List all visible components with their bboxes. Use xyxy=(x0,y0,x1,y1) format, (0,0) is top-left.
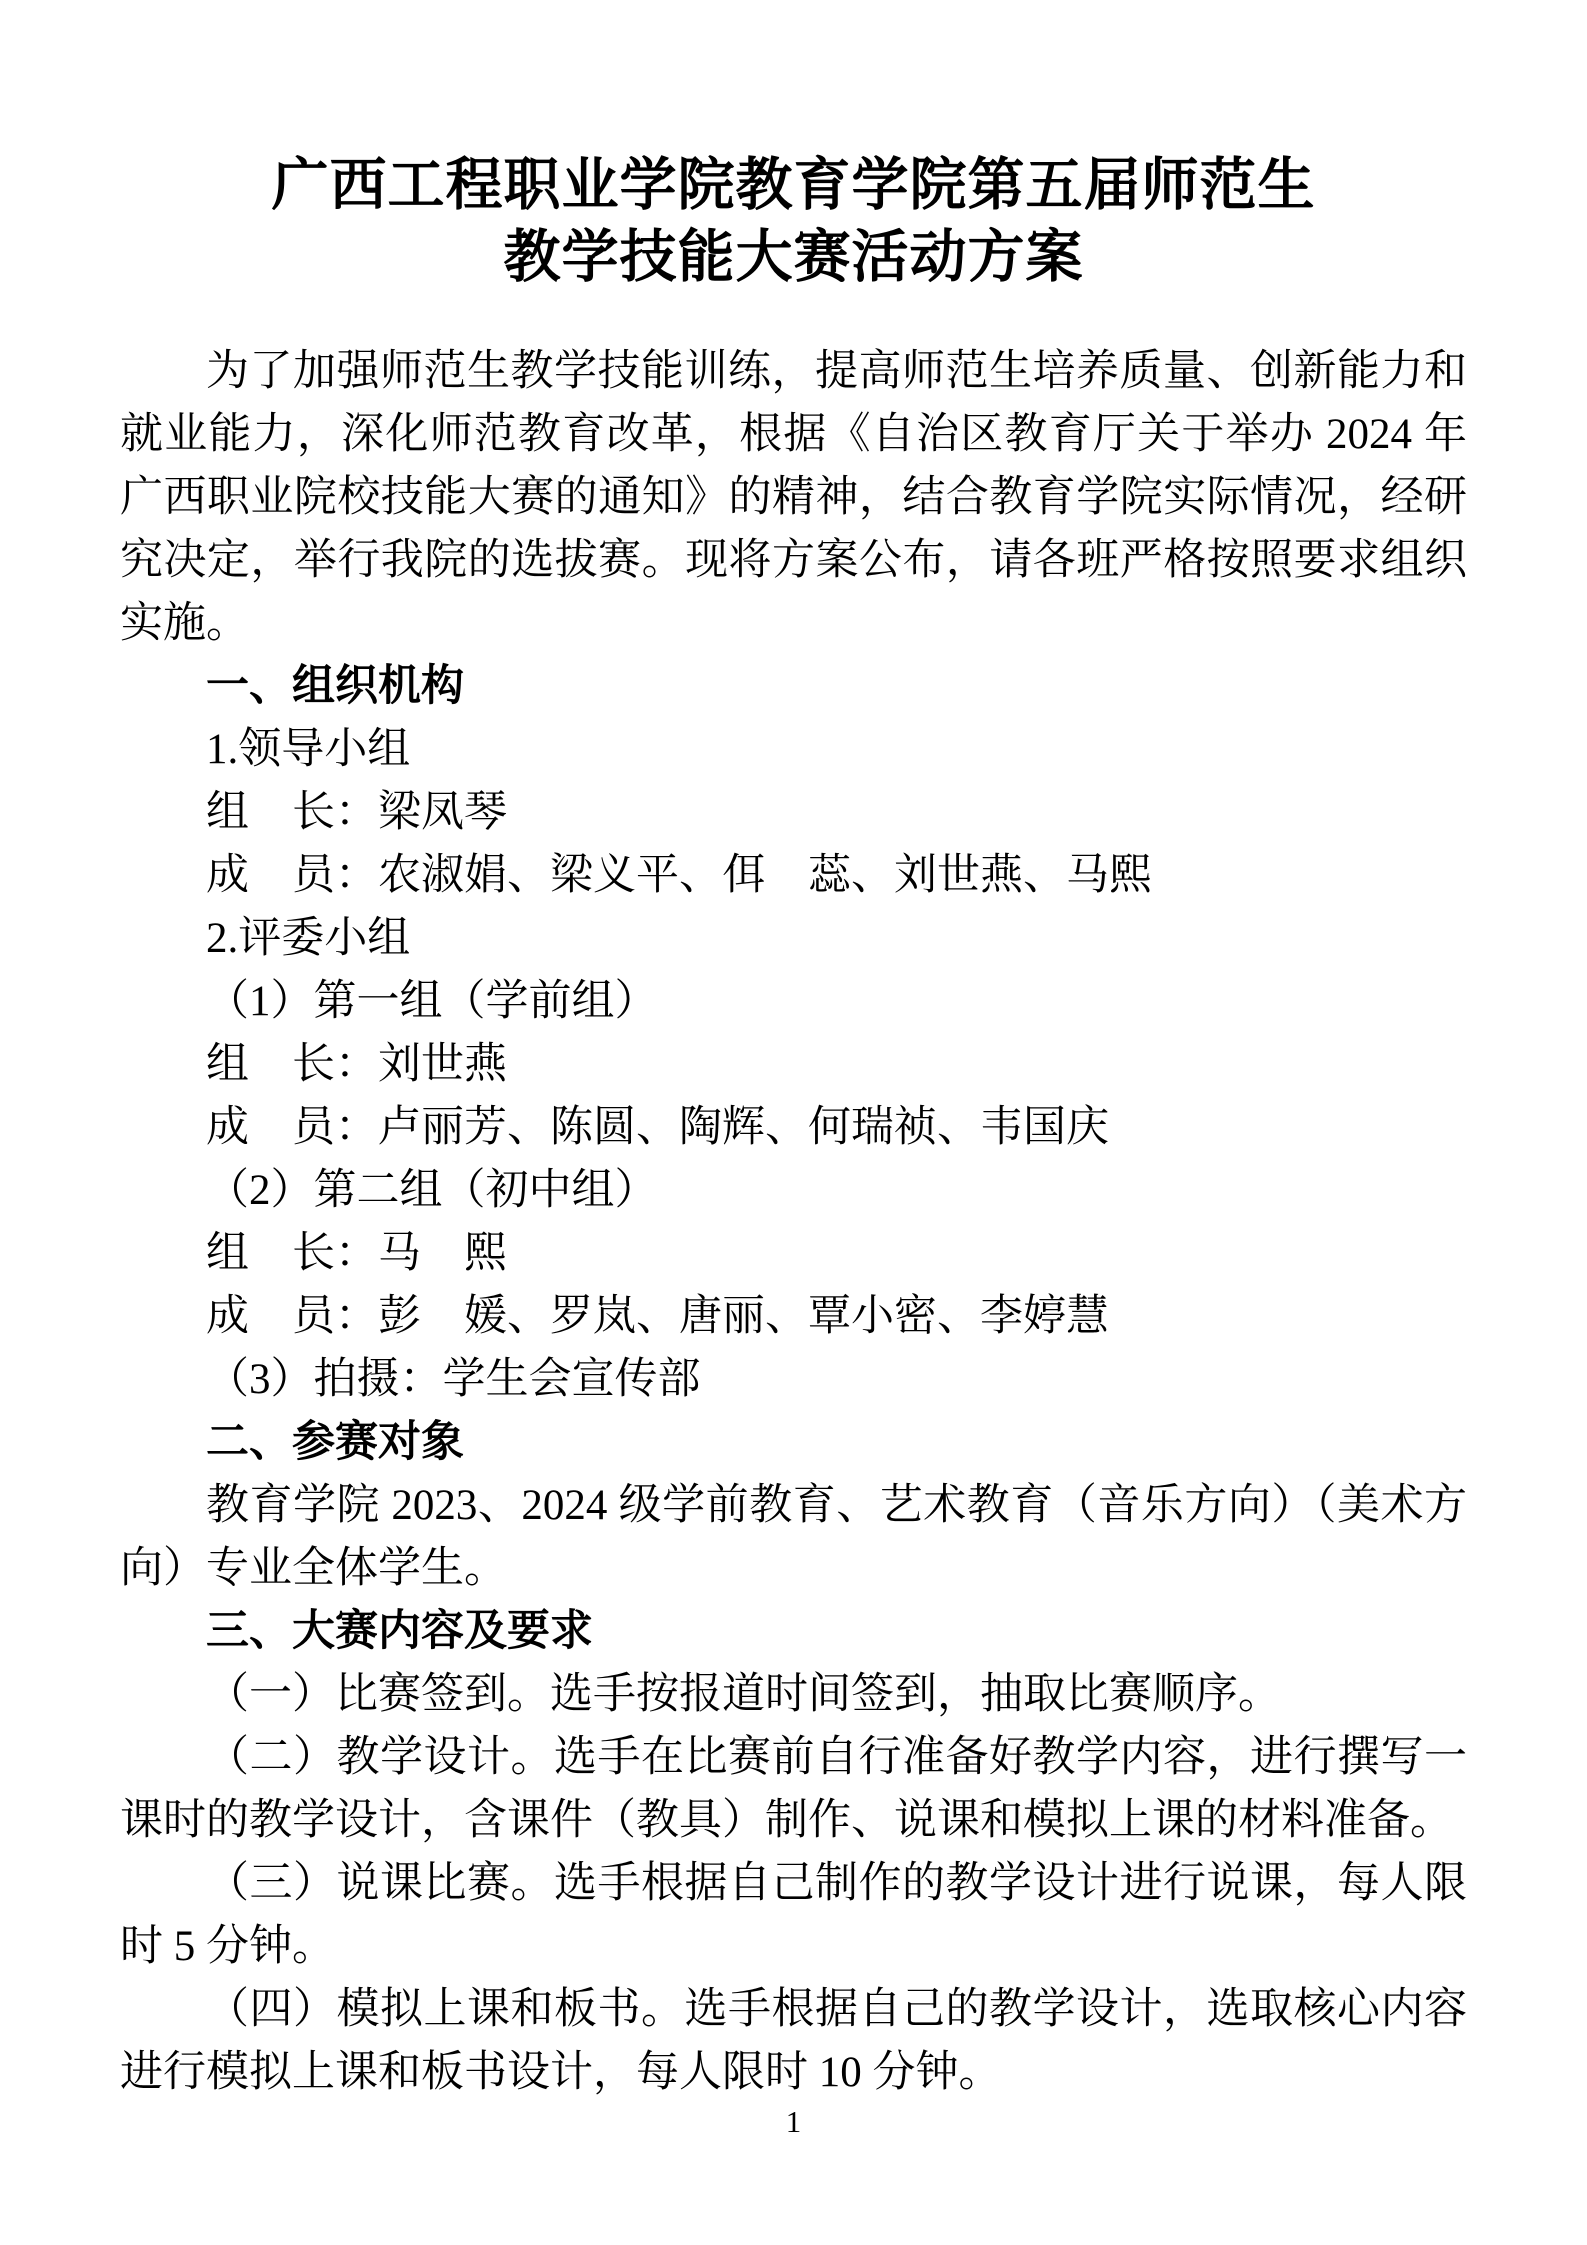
document-body: 为了加强师范生教学技能训练，提高师范生培养质量、创新能力和就业能力，深化师范教育… xyxy=(120,340,1467,2104)
page-number: 1 xyxy=(786,2104,802,2139)
line-leading-group: 1.领导小组 xyxy=(120,718,1467,781)
contest-item-4-paragraph: （四）模拟上课和板书。选手根据自己的教学设计，选取核心内容进行模拟上课和板书设计… xyxy=(120,1978,1467,2104)
heading-participants: 二、参赛对象 xyxy=(120,1411,1467,1474)
document-title-line-2: 教学技能大赛活动方案 xyxy=(120,222,1467,294)
heading-contest-content: 三、大赛内容及要求 xyxy=(120,1600,1467,1663)
line-leading-group-leader: 组 长：梁凤琴 xyxy=(120,781,1467,844)
participants-paragraph: 教育学院 2023、2024 级学前教育、艺术教育（音乐方向）（美术方向）专业全… xyxy=(120,1474,1467,1600)
intro-paragraph: 为了加强师范生教学技能训练，提高师范生培养质量、创新能力和就业能力，深化师范教育… xyxy=(120,340,1467,655)
contest-item-1-paragraph: （一）比赛签到。选手按报道时间签到，抽取比赛顺序。 xyxy=(120,1663,1467,1726)
line-group2-leader: 组 长：马 熙 xyxy=(120,1222,1467,1285)
page-footer: 1 xyxy=(120,2104,1467,2245)
document-page: 广西工程职业学院教育学院第五届师范生 教学技能大赛活动方案 为了加强师范生教学技… xyxy=(0,0,1587,2245)
line-judge-group: 2.评委小组 xyxy=(120,907,1467,970)
document-title: 广西工程职业学院教育学院第五届师范生 教学技能大赛活动方案 xyxy=(120,150,1467,294)
document-title-line-1: 广西工程职业学院教育学院第五届师范生 xyxy=(120,150,1467,222)
heading-organization: 一、组织机构 xyxy=(120,655,1467,718)
line-group2-title: （2）第二组（初中组） xyxy=(120,1159,1467,1222)
line-leading-group-members: 成 员：农淑娟、梁义平、佴 蕊、刘世燕、马熙 xyxy=(120,844,1467,907)
contest-item-2-paragraph: （二）教学设计。选手在比赛前自行准备好教学内容，进行撰写一课时的教学设计，含课件… xyxy=(120,1726,1467,1852)
line-group1-members: 成 员：卢丽芳、陈圆、陶辉、何瑞祯、韦国庆 xyxy=(120,1096,1467,1159)
line-photography: （3）拍摄：学生会宣传部 xyxy=(120,1348,1467,1411)
line-group2-members: 成 员：彭 媛、罗岚、唐丽、覃小密、李婷慧 xyxy=(120,1285,1467,1348)
line-group1-title: （1）第一组（学前组） xyxy=(120,970,1467,1033)
contest-item-3-paragraph: （三）说课比赛。选手根据自己制作的教学设计进行说课，每人限时 5 分钟。 xyxy=(120,1852,1467,1978)
line-group1-leader: 组 长：刘世燕 xyxy=(120,1033,1467,1096)
